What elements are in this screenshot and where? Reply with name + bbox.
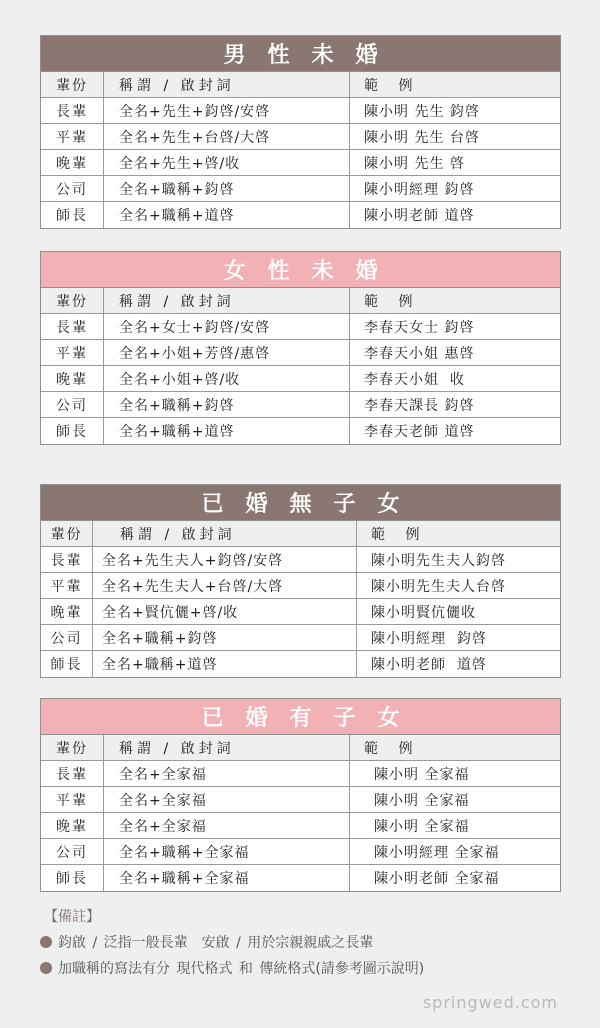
- table-row: 公司 全名+職稱+鈞啓 李春天課長 鈞啓: [41, 392, 560, 418]
- cell-generation: 師長: [41, 202, 103, 228]
- cell-example: 李春天小姐 收: [349, 366, 560, 391]
- cell-example: 陳小明經理 全家福: [349, 839, 560, 864]
- cell-example: 陳小明先生夫人鈞啓: [356, 547, 560, 572]
- cell-title-phrase: 全名+全家福: [103, 761, 349, 786]
- cell-generation: 公司: [41, 839, 103, 864]
- cell-title-phrase: 全名+職稱+全家福: [103, 865, 349, 891]
- cell-example: 陳小明 全家福: [349, 813, 560, 838]
- header-title-phrase: 稱謂 / 啟封詞: [92, 521, 356, 546]
- table-row: 平輩 全名+全家福 陳小明 全家福: [41, 787, 560, 813]
- table-row: 長輩 全名+女士+鈞啓/安啓 李春天女士 鈞啓: [41, 314, 560, 340]
- table-header-row: 輩份 稱謂 / 啟封詞 範 例: [41, 72, 560, 98]
- table-title: 女性未婚: [41, 252, 560, 288]
- cell-generation: 平輩: [41, 340, 103, 365]
- cell-example: 陳小明 先生 台啓: [349, 124, 560, 149]
- cell-title-phrase: 全名+賢伉儷+啓/收: [92, 599, 356, 624]
- cell-generation: 晚輩: [41, 150, 103, 175]
- cell-title-phrase: 全名+先生夫人+台啓/大啓: [92, 573, 356, 598]
- cell-generation: 長輩: [41, 547, 92, 572]
- cell-generation: 長輩: [41, 98, 103, 123]
- table-row: 師長 全名+職稱+道啓 陳小明老師 道啓: [41, 651, 560, 677]
- cell-title-phrase: 全名+小姐+啓/收: [103, 366, 349, 391]
- cell-title-phrase: 全名+職稱+全家福: [103, 839, 349, 864]
- cell-example: 陳小明老師 道啓: [349, 202, 560, 228]
- table-row: 平輩 全名+小姐+芳啓/惠啓 李春天小姐 惠啓: [41, 340, 560, 366]
- cell-example: 李春天老師 道啓: [349, 418, 560, 444]
- cell-generation: 公司: [41, 176, 103, 201]
- cell-example: 陳小明先生夫人台啓: [356, 573, 560, 598]
- cell-title-phrase: 全名+職稱+鈞啓: [103, 176, 349, 201]
- cell-example: 李春天小姐 惠啓: [349, 340, 560, 365]
- table-row: 晚輩 全名+賢伉儷+啓/收 陳小明賢伉儷收: [41, 599, 560, 625]
- watermark: springwed.com: [423, 993, 558, 1012]
- cell-generation: 長輩: [41, 314, 103, 339]
- notes-heading: 【備註】: [44, 906, 424, 926]
- table-married-no-children: 已婚無子女 輩份 稱謂 / 啟封詞 範 例 長輩 全名+先生夫人+鈞啓/安啓 陳…: [40, 484, 561, 678]
- table-row: 長輩 全名+全家福 陳小明 全家福: [41, 761, 560, 787]
- cell-example: 陳小明老師 道啓: [356, 651, 560, 677]
- cell-example: 陳小明經理 鈞啓: [349, 176, 560, 201]
- table-row: 晚輩 全名+小姐+啓/收 李春天小姐 收: [41, 366, 560, 392]
- header-title-phrase: 稱謂 / 啟封詞: [103, 735, 349, 760]
- table-row: 公司 全名+職稱+鈞啓 陳小明經理 鈞啓: [41, 625, 560, 651]
- table-header-row: 輩份 稱謂 / 啟封詞 範 例: [41, 735, 560, 761]
- table-row: 長輩 全名+先生+鈞啓/安啓 陳小明 先生 鈞啓: [41, 98, 560, 124]
- cell-example: 陳小明 全家福: [349, 761, 560, 786]
- cell-title-phrase: 全名+職稱+道啓: [92, 651, 356, 677]
- table-title: 已婚無子女: [41, 485, 560, 521]
- table-row: 晚輩 全名+全家福 陳小明 全家福: [41, 813, 560, 839]
- cell-example: 陳小明賢伉儷收: [356, 599, 560, 624]
- cell-title-phrase: 全名+先生+鈞啓/安啓: [103, 98, 349, 123]
- header-example: 範 例: [349, 735, 560, 760]
- cell-title-phrase: 全名+全家福: [103, 813, 349, 838]
- table-title: 已婚有子女: [41, 699, 560, 735]
- header-example: 範 例: [349, 288, 560, 313]
- cell-title-phrase: 全名+先生+啓/收: [103, 150, 349, 175]
- bullet-dot-icon: [40, 936, 52, 948]
- table-header-row: 輩份 稱謂 / 啟封詞 範 例: [41, 521, 560, 547]
- cell-example: 李春天女士 鈞啓: [349, 314, 560, 339]
- table-married-with-children: 已婚有子女 輩份 稱謂 / 啟封詞 範 例 長輩 全名+全家福 陳小明 全家福 …: [40, 698, 561, 892]
- cell-title-phrase: 全名+職稱+鈞啓: [92, 625, 356, 650]
- bullet-dot-icon: [40, 962, 52, 974]
- table-row: 平輩 全名+先生+台啓/大啓 陳小明 先生 台啓: [41, 124, 560, 150]
- header-title-phrase: 稱謂 / 啟封詞: [103, 288, 349, 313]
- cell-generation: 公司: [41, 392, 103, 417]
- cell-generation: 晚輩: [41, 599, 92, 624]
- cell-title-phrase: 全名+小姐+芳啓/惠啓: [103, 340, 349, 365]
- cell-example: 陳小明老師 全家福: [349, 865, 560, 891]
- table-row: 師長 全名+職稱+道啓 陳小明老師 道啓: [41, 202, 560, 228]
- cell-title-phrase: 全名+職稱+鈞啓: [103, 392, 349, 417]
- table-row: 長輩 全名+先生夫人+鈞啓/安啓 陳小明先生夫人鈞啓: [41, 547, 560, 573]
- table-title: 男性未婚: [41, 36, 560, 72]
- header-generation: 輩份: [41, 735, 103, 760]
- table-row: 師長 全名+職稱+全家福 陳小明老師 全家福: [41, 865, 560, 891]
- cell-generation: 長輩: [41, 761, 103, 786]
- table-male-unmarried: 男性未婚 輩份 稱謂 / 啟封詞 範 例 長輩 全名+先生+鈞啓/安啓 陳小明 …: [40, 35, 561, 229]
- cell-title-phrase: 全名+先生夫人+鈞啓/安啓: [92, 547, 356, 572]
- cell-generation: 平輩: [41, 573, 92, 598]
- notes-section: 【備註】 鈞啟 / 泛指一般長輩 安啟 / 用於宗親親戚之長輩 加職稱的寫法有分…: [44, 906, 424, 984]
- note-text: 加職稱的寫法有分 現代格式 和 傳統格式(請參考圖示說明): [58, 958, 424, 978]
- cell-generation: 師長: [41, 865, 103, 891]
- table-row: 公司 全名+職稱+鈞啓 陳小明經理 鈞啓: [41, 176, 560, 202]
- note-item: 加職稱的寫法有分 現代格式 和 傳統格式(請參考圖示說明): [44, 958, 424, 978]
- cell-generation: 晚輩: [41, 366, 103, 391]
- header-title-phrase: 稱謂 / 啟封詞: [103, 72, 349, 97]
- cell-title-phrase: 全名+職稱+道啓: [103, 418, 349, 444]
- note-item: 鈞啟 / 泛指一般長輩 安啟 / 用於宗親親戚之長輩: [44, 932, 424, 952]
- header-example: 範 例: [356, 521, 560, 546]
- cell-title-phrase: 全名+職稱+道啓: [103, 202, 349, 228]
- header-generation: 輩份: [41, 288, 103, 313]
- table-header-row: 輩份 稱謂 / 啟封詞 範 例: [41, 288, 560, 314]
- header-generation: 輩份: [41, 521, 92, 546]
- cell-generation: 師長: [41, 651, 92, 677]
- table-row: 公司 全名+職稱+全家福 陳小明經理 全家福: [41, 839, 560, 865]
- cell-title-phrase: 全名+先生+台啓/大啓: [103, 124, 349, 149]
- cell-title-phrase: 全名+全家福: [103, 787, 349, 812]
- cell-generation: 晚輩: [41, 813, 103, 838]
- cell-title-phrase: 全名+女士+鈞啓/安啓: [103, 314, 349, 339]
- table-row: 晚輩 全名+先生+啓/收 陳小明 先生 啓: [41, 150, 560, 176]
- cell-example: 陳小明經理 鈞啓: [356, 625, 560, 650]
- cell-example: 陳小明 先生 啓: [349, 150, 560, 175]
- table-row: 師長 全名+職稱+道啓 李春天老師 道啓: [41, 418, 560, 444]
- cell-example: 陳小明 先生 鈞啓: [349, 98, 560, 123]
- cell-example: 陳小明 全家福: [349, 787, 560, 812]
- table-female-unmarried: 女性未婚 輩份 稱謂 / 啟封詞 範 例 長輩 全名+女士+鈞啓/安啓 李春天女…: [40, 251, 561, 445]
- header-example: 範 例: [349, 72, 560, 97]
- cell-generation: 平輩: [41, 124, 103, 149]
- note-text: 鈞啟 / 泛指一般長輩 安啟 / 用於宗親親戚之長輩: [58, 932, 373, 952]
- cell-example: 李春天課長 鈞啓: [349, 392, 560, 417]
- cell-generation: 平輩: [41, 787, 103, 812]
- cell-generation: 師長: [41, 418, 103, 444]
- table-row: 平輩 全名+先生夫人+台啓/大啓 陳小明先生夫人台啓: [41, 573, 560, 599]
- header-generation: 輩份: [41, 72, 103, 97]
- cell-generation: 公司: [41, 625, 92, 650]
